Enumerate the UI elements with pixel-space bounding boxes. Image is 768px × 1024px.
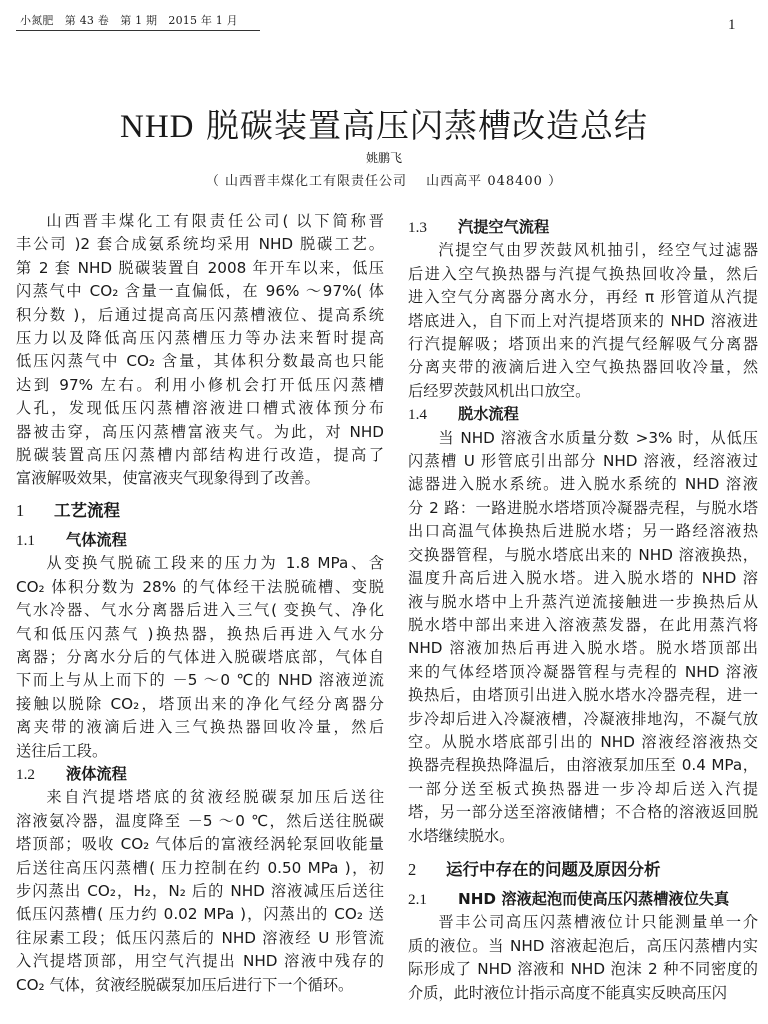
text-line: 晋丰公司高压闪蒸槽液位计只能测量单一介 (408, 911, 758, 934)
section-title: NHD 溶液起泡而使高压闪蒸槽液位失真 (458, 890, 729, 908)
page-number: 1 (728, 17, 736, 34)
section-heading-2: 2运行中存在的问题及原因分析 (408, 858, 758, 882)
text-line: 行汽提解吸；塔顶出来的汽提气经解吸气分离器 (408, 333, 758, 356)
left-column: 山西晋丰煤化工有限责任公司( 以下简称晋丰公司 )2 套合成氨系统均采用 NHD… (16, 210, 384, 997)
text-line: 进入空气分离器分离水分，再经 π 形管道从汽提 (408, 286, 758, 309)
text-line: 当 NHD 溶液含水质量分数 >3% 时，从低压 (408, 427, 758, 450)
section-number: 1 (16, 499, 54, 523)
section-title: 汽提空气流程 (458, 218, 549, 236)
text-line: 步冷却后进入冷凝液槽，冷凝液排地沟，不凝气放 (408, 708, 758, 731)
section-title: 气体流程 (66, 531, 127, 549)
section-number: 1.4 (408, 403, 458, 426)
text-line: 闪蒸气中 CO₂ 含量一直偏低，在 96% ～97%( 体 (16, 280, 384, 303)
text-line: 人孔，发现低压闪蒸槽溶液进口槽式液体预分布 (16, 397, 384, 420)
text-line: 达到 97% 左右。利用小修机会打开低压闪蒸槽 (16, 374, 384, 397)
section-title: 液体流程 (66, 765, 127, 783)
text-line: 低压闪蒸气中 CO₂ 含量，其体积分数最高也只能 (16, 350, 384, 373)
paper-title: NHD 脱碳装置高压闪蒸槽改造总结 (0, 104, 768, 149)
intro-paragraph: 山西晋丰煤化工有限责任公司( 以下简称晋丰公司 )2 套合成氨系统均采用 NHD… (16, 210, 384, 491)
text-line: 一部分送至板式换热器进一步冷却后送入汽提 (408, 778, 758, 801)
running-head: 小氮肥 第 43 卷 第 1 期 2015 年 1 月 (16, 14, 260, 31)
text-line: 出口高温气体换热后进脱水塔；另一路经溶液热 (408, 520, 758, 543)
text-line: 步闪蒸出 CO₂，H₂，N₂ 后的 NHD 溶液减压后送往 (16, 880, 384, 903)
text-line: 富液解吸效果，使富液夹气现象得到了改善。 (16, 467, 384, 490)
text-line: 闪蒸槽 U 形管底引出部分 NHD 溶液，经溶液过 (408, 450, 758, 473)
text-line: 溶液氨冷器，温度降至 －5 ～0 ℃，然后送往脱碳 (16, 810, 384, 833)
paragraph-2-1: 晋丰公司高压闪蒸槽液位计只能测量单一介质的液位。当 NHD 溶液起泡后，高压闪蒸… (408, 911, 758, 1005)
text-line: 塔顶部；吸收 CO₂ 气体后的富液经涡轮泵回收能量 (16, 833, 384, 856)
section-heading-2-1: 2.1NHD 溶液起泡而使高压闪蒸槽液位失真 (408, 888, 758, 911)
paragraph-1-4: 当 NHD 溶液含水质量分数 >3% 时，从低压闪蒸槽 U 形管底引出部分 NH… (408, 427, 758, 848)
section-title: 工艺流程 (54, 501, 120, 520)
text-line: 第 2 套 NHD 脱碳装置自 2008 年开车以来，低压 (16, 257, 384, 280)
text-line: 介质，此时液位计指示高度不能真实反映高压闪 (408, 982, 758, 1005)
text-line: 际形成了 NHD 溶液和 NHD 泡沫 2 种不同密度的 (408, 958, 758, 981)
text-line: 空。从脱水塔底部引出的 NHD 溶液经溶液热交 (408, 731, 758, 754)
text-line: 器被击穿，高压闪蒸槽富液夹气。为此，对 NHD (16, 421, 384, 444)
section-number: 1.2 (16, 763, 66, 786)
text-line: 分 2 路：一路进脱水塔塔顶冷凝器壳程，与脱水塔 (408, 497, 758, 520)
section-title: 运行中存在的问题及原因分析 (446, 860, 661, 879)
text-line: 水塔继续脱水。 (408, 825, 758, 848)
section-number: 2.1 (408, 888, 458, 911)
text-line: 换器壳程换热降温后，由溶液泵加压至 0.4 MPa， (408, 754, 758, 777)
text-line: 汽提空气由罗茨鼓风机抽引，经空气过滤器 (408, 239, 758, 262)
text-line: 质的液位。当 NHD 溶液起泡后，高压闪蒸槽内实 (408, 935, 758, 958)
text-line: 入汽提塔顶部，用空气汽提出 NHD 溶液中残存的 (16, 950, 384, 973)
text-line: 压力以及降低高压闪蒸槽压力等办法来暂时提高 (16, 327, 384, 350)
text-line: 来的气体经塔顶冷凝器管程与壳程的 NHD 溶液 (408, 661, 758, 684)
text-line: 脱碳装置高压闪蒸槽内部结构进行改造，提高了 (16, 444, 384, 467)
paragraph-1-1: 从变换气脱硫工段来的压力为 1.8 MPa、含CO₂ 体积分数为 28% 的气体… (16, 552, 384, 763)
text-line: CO₂ 体积分数为 28% 的气体经干法脱硫槽、变脱 (16, 576, 384, 599)
text-line: 来自汽提塔塔底的贫液经脱碳泵加压后送往 (16, 786, 384, 809)
text-line: 分离夹带的液滴后进入空气换热器回收冷量，然 (408, 356, 758, 379)
text-line: 滤器进入脱水系统。进入脱水系统的 NHD 溶液 (408, 473, 758, 496)
right-column: 1.3汽提空气流程 汽提空气由罗茨鼓风机抽引，经空气过滤器后进入空气换热器与汽提… (408, 216, 758, 1005)
text-line: 换热后，由塔顶引出进入脱水塔水冷器壳程，进一 (408, 684, 758, 707)
section-heading-1-1: 1.1气体流程 (16, 529, 384, 552)
section-heading-1-2: 1.2液体流程 (16, 763, 384, 786)
text-line: 温度升高后进入脱水塔。进入脱水塔的 NHD 溶 (408, 567, 758, 590)
text-line: 脱水塔中部出来进入溶液蒸发器，在此用蒸汽将 (408, 614, 758, 637)
text-line: 离夹带的液滴后进入三气换热器回收冷量，然后 (16, 716, 384, 739)
text-line: 积分数 )，后通过提高高压闪蒸槽液位、提高系统 (16, 304, 384, 327)
section-heading-1-4: 1.4脱水流程 (408, 403, 758, 426)
text-line: 山西晋丰煤化工有限责任公司( 以下简称晋 (16, 210, 384, 233)
text-line: 交换器管程，与脱水塔底出来的 NHD 溶液换热， (408, 544, 758, 567)
author: 姚鹏飞 (0, 150, 768, 166)
text-line: 下而上与从上而下的 －5 ～0 ℃的 NHD 溶液逆流 (16, 669, 384, 692)
text-line: 后经罗茨鼓风机出口放空。 (408, 380, 758, 403)
text-line: 气水冷器、气水分离器后进入三气( 变换气、净化 (16, 599, 384, 622)
section-title: 脱水流程 (458, 405, 519, 423)
text-line: 后进入空气换热器与汽提气换热回收冷量，然后 (408, 263, 758, 286)
title-latin: NHD (120, 109, 195, 145)
text-line: 低压闪蒸槽( 压力约 0.02 MPa )，闪蒸出的 CO₂ 送 (16, 903, 384, 926)
section-number: 1.3 (408, 216, 458, 239)
text-line: NHD 溶液加热后再进入脱水塔。脱水塔顶部出 (408, 637, 758, 660)
text-line: CO₂ 气体，贫液经脱碳泵加压后进行下一个循环。 (16, 974, 384, 997)
text-line: 气和低压闪蒸气 )换热器，换热后再进入气水分 (16, 623, 384, 646)
paragraph-1-3: 汽提空气由罗茨鼓风机抽引，经空气过滤器后进入空气换热器与汽提气换热回收冷量，然后… (408, 239, 758, 403)
section-heading-1-3: 1.3汽提空气流程 (408, 216, 758, 239)
text-line: 塔，另一部分送至溶液储槽；不合格的溶液返回脱 (408, 801, 758, 824)
section-number: 2 (408, 858, 446, 882)
text-line: 送往后工段。 (16, 740, 384, 763)
text-line: 液与脱水塔中上升蒸汽逆流接触进一步换热后从 (408, 591, 758, 614)
text-line: 丰公司 )2 套合成氨系统均采用 NHD 脱碳工艺。 (16, 233, 384, 256)
text-line: 从变换气脱硫工段来的压力为 1.8 MPa、含 (16, 552, 384, 575)
title-text: 脱碳装置高压闪蒸槽改造总结 (195, 106, 649, 145)
section-heading-1: 1工艺流程 (16, 499, 384, 523)
section-number: 1.1 (16, 529, 66, 552)
text-line: 后送往高压闪蒸槽( 压力控制在约 0.50 MPa )，初 (16, 857, 384, 880)
text-line: 接触以脱除 CO₂，塔顶出来的净化气经分离器分 (16, 693, 384, 716)
text-line: 往尿素工段；低压闪蒸后的 NHD 溶液经 U 形管流 (16, 927, 384, 950)
paragraph-1-2: 来自汽提塔塔底的贫液经脱碳泵加压后送往溶液氨冷器，温度降至 －5 ～0 ℃，然后… (16, 786, 384, 997)
affiliation: （ 山西晋丰煤化工有限责任公司 山西高平 048400 ） (0, 173, 768, 191)
text-line: 离器；分离水分后的气体进入脱碳塔底部，气体自 (16, 646, 384, 669)
text-line: 塔底进入，自下而上对汽提塔顶来的 NHD 溶液进 (408, 310, 758, 333)
